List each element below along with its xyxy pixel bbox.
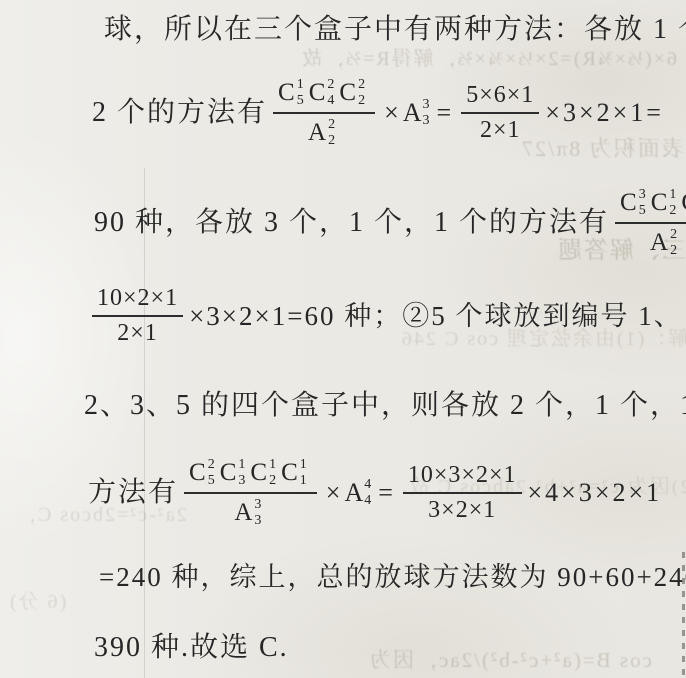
arrangement-symbol: A33 (403, 97, 430, 129)
solution-text: 球，所以在三个盒子中有两种方法：各放 1 个，2 个， (104, 13, 686, 47)
fraction: C25 C13 C12 C11 A33 (184, 457, 317, 529)
formula-line-6: 方法有 C25 C13 C12 C11 A33 × A44 = 10×3×2×1… (88, 458, 662, 528)
fraction: 5×6×1 2×1 (461, 82, 539, 144)
fraction-denominator: 2×1 (117, 317, 158, 347)
document-scan: 6×(⅓×¾R)=2×⅓×¾×⅔，解得R=⅔，故 最大表面积为 8π/27 三、… (0, 0, 686, 678)
times-sign: × (326, 478, 342, 508)
combination-symbol: C15 (278, 77, 305, 109)
combination-symbol: C12 (651, 187, 678, 219)
fraction: C35 C12 C11 A22 (615, 187, 686, 259)
fraction-numerator: 10×3×2×1 (403, 462, 522, 494)
fraction: 10×3×2×1 3×2×1 (403, 462, 522, 524)
text-line-8: 390 种.故选 C. (94, 631, 289, 665)
combination-symbol: C12 (250, 457, 277, 489)
fraction: 10×2×1 2×1 (92, 285, 183, 347)
equals-sign: = (378, 478, 394, 508)
formula-line-2: 2 个的方法有 C15 C24 C22 A22 × A33 = 5×6×1 2×… (92, 78, 664, 148)
solution-text: 2、3、5 的四个盒子中，则各放 2 个，1 个，1 个，1 个的 (84, 389, 686, 423)
fraction-numerator: C15 C24 C22 (273, 77, 375, 114)
combination-symbol: C11 (281, 457, 308, 489)
combination-symbol: C11 (681, 187, 686, 219)
bleed-through-text: cos B=(a²+c²-b²)/2ac，因为 (368, 644, 652, 674)
fraction-denominator: A22 (308, 114, 340, 149)
solution-text: 方法有 (88, 476, 178, 510)
fraction-numerator: 10×2×1 (92, 285, 183, 317)
text-line-1: 球，所以在三个盒子中有两种方法：各放 1 个，2 个， (104, 13, 686, 47)
fraction-numerator: 5×6×1 (461, 82, 539, 114)
fraction-numerator: C25 C13 C12 C11 (184, 457, 317, 494)
bleed-through-text: (6 分) (8, 585, 66, 614)
fraction-denominator: 3×2×1 (428, 494, 496, 524)
combination-symbol: C24 (309, 77, 336, 109)
arrangement-symbol: A22 (308, 117, 336, 149)
text-line-5: 2、3、5 的四个盒子中，则各放 2 个，1 个，1 个，1 个的 (84, 389, 686, 423)
fraction: C15 C24 C22 A22 (273, 77, 375, 149)
fraction-denominator: A33 (234, 494, 266, 529)
formula-line-3: 90 种，各放 3 个，1 个，1 个的方法有 C35 C12 C11 A22 … (94, 188, 686, 258)
combination-symbol: C35 (620, 187, 647, 219)
fraction-numerator: C35 C12 C11 (615, 187, 686, 224)
solution-text: =240 种，综上，总的放球方法数为 90+60+240= (99, 561, 686, 593)
times-sign: × (384, 98, 400, 128)
solution-text: 2 个的方法有 (92, 96, 267, 130)
combination-symbol: C13 (220, 457, 247, 489)
combination-symbol: C25 (189, 457, 216, 489)
solution-text: 90 种，各放 3 个，1 个，1 个的方法有 (94, 206, 609, 240)
formula-line-4: 10×2×1 2×1 ×3×2×1=60 种；②5 个球放到编号 1、 (92, 281, 683, 351)
combination-symbol: C22 (339, 77, 366, 109)
solution-text: 390 种.故选 C. (94, 631, 289, 665)
solution-text: ×3×2×1=60 种；②5 个球放到编号 1、 (189, 300, 683, 332)
text-line-7: =240 种，综上，总的放球方法数为 90+60+240= (99, 561, 686, 593)
arrangement-symbol: A22 (650, 227, 678, 259)
arrangement-symbol: A44 (344, 477, 371, 509)
solution-text: ×3×2×1= (545, 98, 664, 128)
solution-text: ×4×3×2×1 (528, 478, 663, 508)
fraction-denominator: A22 (650, 224, 682, 259)
equals-sign: = (437, 98, 453, 128)
fraction-denominator: 2×1 (480, 114, 521, 144)
arrangement-symbol: A33 (234, 497, 262, 529)
